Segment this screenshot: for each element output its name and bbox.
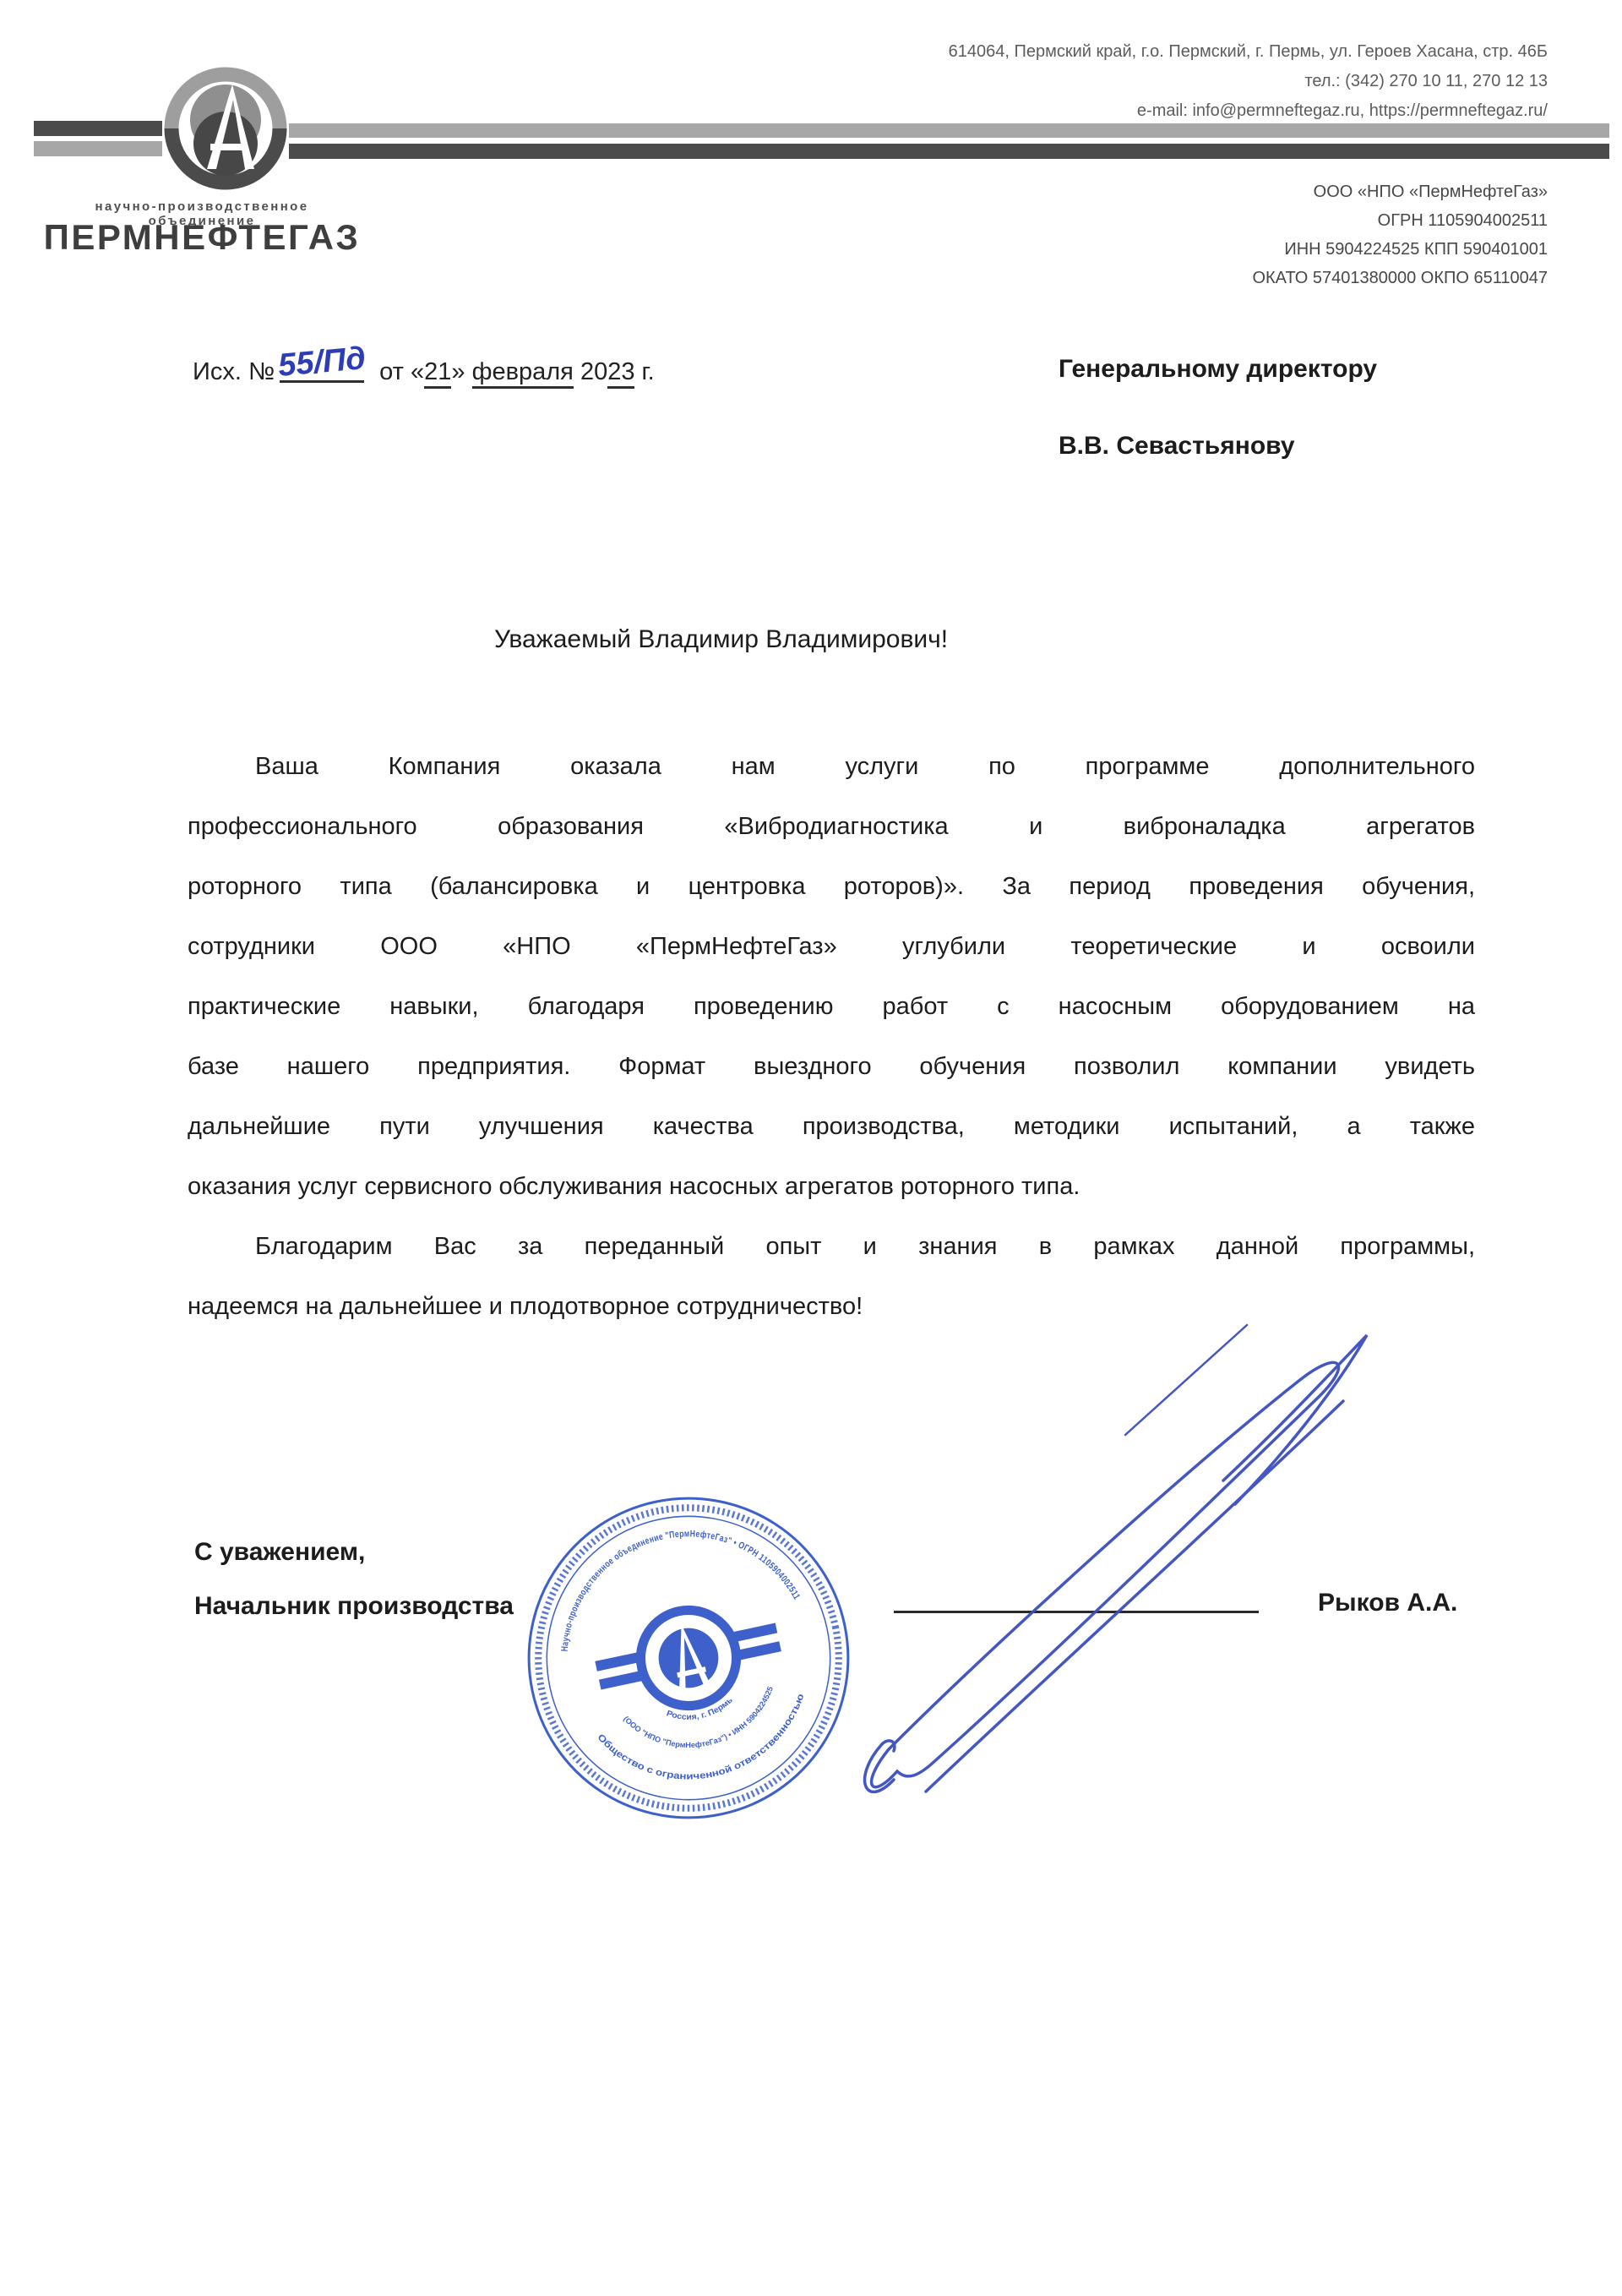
logo-line xyxy=(34,141,162,156)
body-line: оказания услуг сервисного обслуживания н… xyxy=(188,1157,1475,1217)
derrick-crossbar xyxy=(210,144,246,150)
company-inn-kpp: ИНН 5904224525 КПП 590401001 xyxy=(1252,235,1548,264)
logo-line xyxy=(34,121,162,136)
company-requisites-block: ООО «НПО «ПермНефтеГаз» ОГРН 11059040025… xyxy=(1252,177,1548,292)
company-phone: тел.: (342) 270 10 11, 270 12 13 xyxy=(949,67,1548,96)
paragraph-1: Ваша Компания оказала нам услуги по прог… xyxy=(188,737,1475,1217)
logo-title: ПЕРМНЕФТЕГАЗ xyxy=(34,217,370,258)
stamp-content: Научно-производственное объединение "Пер… xyxy=(518,1487,859,1829)
body-line: базе нашего предприятия. Формат выездног… xyxy=(188,1037,1475,1097)
letter-body: Ваша Компания оказала нам услуги по прог… xyxy=(188,737,1475,1337)
addressee-name: В.В. Севастьянову xyxy=(1059,432,1377,461)
addressee-title: Генеральному директору xyxy=(1059,355,1377,384)
company-name: ООО «НПО «ПермНефтеГаз» xyxy=(1252,177,1548,206)
body-line: роторного типа (балансировка и центровка… xyxy=(188,857,1475,917)
body-line: практические навыки, благодаря проведени… xyxy=(188,977,1475,1037)
ref-day: 21 xyxy=(424,358,451,389)
quote-close: » xyxy=(451,358,465,385)
ref-era: г. xyxy=(642,358,655,385)
ref-month: февраля xyxy=(472,358,574,389)
ref-year-tail: 23 xyxy=(607,358,634,389)
signoff-closing: С уважением, xyxy=(194,1538,365,1567)
company-ogrn: ОГРН 1105904002511 xyxy=(1252,206,1548,235)
body-line: Благодарим Вас за переданный опыт и знан… xyxy=(188,1217,1475,1277)
greeting: Уважаемый Владимир Владимирович! xyxy=(494,625,948,654)
body-line: сотрудники ООО «НПО «ПермНефтеГаз» углуб… xyxy=(188,917,1475,977)
company-okato-okpo: ОКАТО 57401380000 ОКПО 65110047 xyxy=(1252,264,1548,292)
quote-open: « xyxy=(411,358,424,385)
signature-ink xyxy=(845,1301,1394,1825)
ref-label: Исх. № xyxy=(193,358,275,385)
stamp-seal: Научно-производственное объединение "Пер… xyxy=(518,1487,859,1829)
body-line: профессионального образования «Вибродиаг… xyxy=(188,797,1475,857)
ref-line: Исх. №55/Пд от «21» февраля 2023 г. xyxy=(193,355,655,386)
signoff-role: Начальник производства xyxy=(194,1592,514,1621)
body-line: дальнейшие пути улучшения качества произ… xyxy=(188,1097,1475,1157)
ref-from: от xyxy=(379,358,404,385)
logo-line xyxy=(289,144,1609,159)
ref-number-blank: 55/Пд xyxy=(280,355,364,383)
letter-page: научно-производственное объединение ПЕРМ… xyxy=(0,0,1622,2296)
ref-year-head: 20 xyxy=(580,358,607,385)
body-line: Ваша Компания оказала нам услуги по прог… xyxy=(188,737,1475,797)
company-address: 614064, Пермский край, г.о. Пермский, г.… xyxy=(949,37,1548,67)
ref-number-handwritten: 55/Пд xyxy=(277,342,367,382)
addressee-block: Генеральному директору В.В. Севастьянову xyxy=(1059,355,1377,461)
company-email: e-mail: info@permneftegaz.ru, https://pe… xyxy=(949,96,1548,126)
header-contact-block: 614064, Пермский край, г.о. Пермский, г.… xyxy=(949,37,1548,126)
ref-year: 2023 xyxy=(580,358,635,389)
